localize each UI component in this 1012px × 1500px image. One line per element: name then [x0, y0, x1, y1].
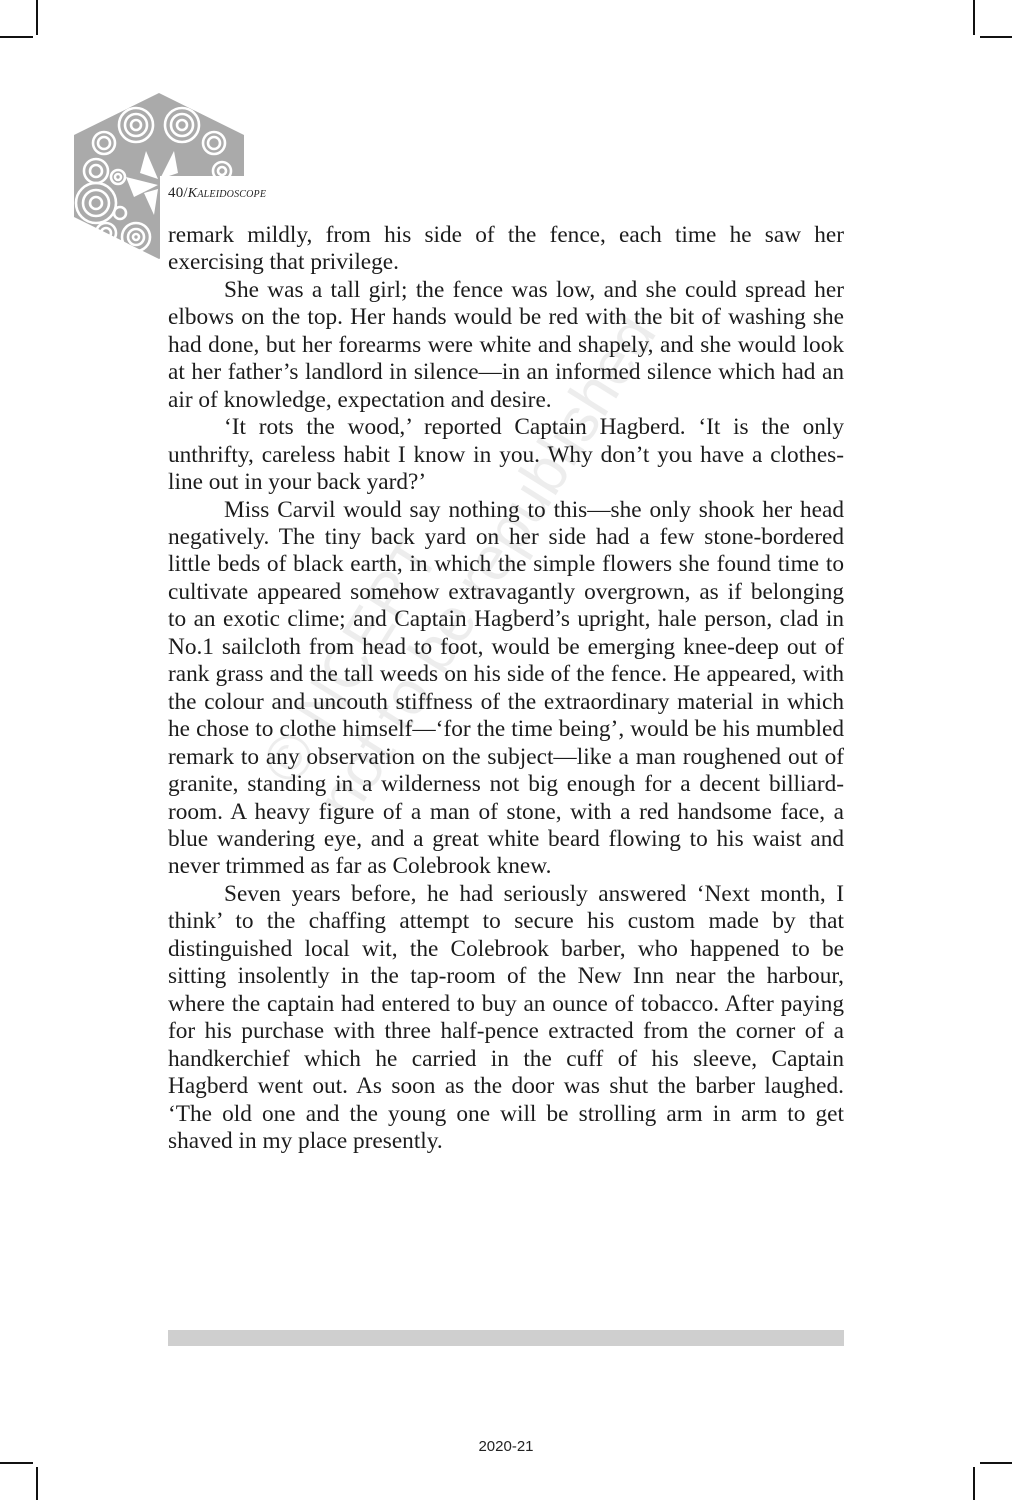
- crop-mark-bottom-right-vertical: [973, 1467, 975, 1500]
- running-head: 40/Kaleidoscope: [168, 185, 266, 202]
- crop-mark-top-right-vertical: [973, 0, 975, 35]
- paragraph-1: remark mildly, from his side of the fenc…: [168, 222, 844, 277]
- page-number: 40: [168, 185, 183, 201]
- crop-mark-top-left-horizontal: [0, 36, 33, 38]
- page-body: remark mildly, from his side of the fenc…: [168, 222, 844, 1155]
- book-title: Kaleidoscope: [188, 186, 266, 201]
- paragraph-2: She was a tall girl; the fence was low, …: [168, 277, 844, 414]
- crop-mark-bottom-left-vertical: [36, 1467, 38, 1500]
- paragraph-4: Miss Carvil would say nothing to this—sh…: [168, 497, 844, 881]
- crop-mark-bottom-left-horizontal: [0, 1462, 33, 1464]
- paragraph-5: Seven years before, he had seriously ans…: [168, 881, 844, 1156]
- crop-mark-bottom-right-horizontal: [980, 1462, 1012, 1464]
- bottom-rule-bar: [168, 1330, 844, 1346]
- footer-year: 2020-21: [0, 1438, 1012, 1455]
- crop-mark-top-right-horizontal: [980, 36, 1012, 38]
- crop-mark-top-left-vertical: [36, 0, 38, 35]
- paragraph-3: ‘It rots the wood,’ reported Captain Hag…: [168, 414, 844, 496]
